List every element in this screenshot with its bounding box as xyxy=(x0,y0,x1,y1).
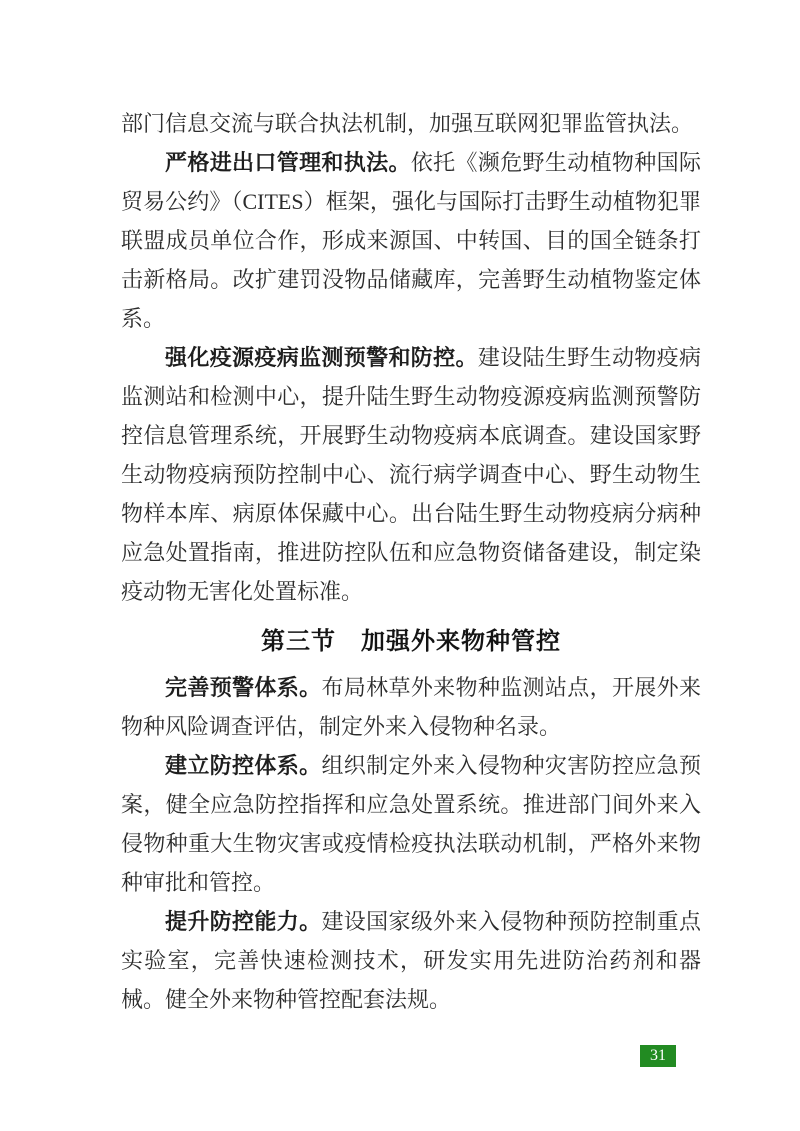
paragraph-lead-text: 建立防控体系。 xyxy=(165,753,321,778)
page-number-badge: 31 xyxy=(640,1045,676,1067)
paragraph-lead-text: 强化疫源疫病监测预警和防控。 xyxy=(165,345,478,370)
body-paragraph: 提升防控能力。建设国家级外来入侵物种预防控制重点实验室，完善快速检测技术，研发实… xyxy=(121,902,701,1019)
body-paragraph: 严格进出口管理和执法。依托《濒危野生动植物种国际贸易公约》（CITES）框架，强… xyxy=(121,143,701,338)
paragraph-text: 依托《濒危野生动植物种国际贸易公约》（CITES）框架，强化与国际打击野生动植物… xyxy=(121,150,701,331)
paragraph-lead-text: 严格进出口管理和执法。 xyxy=(165,150,411,175)
paragraph-text: 部门信息交流与联合执法机制，加强互联网犯罪监管执法。 xyxy=(121,111,693,136)
paragraph-text: 建设陆生野生动物疫病监测站和检测中心，提升陆生野生动物疫源疫病监测预警防控信息管… xyxy=(121,345,701,604)
body-paragraph: 强化疫源疫病监测预警和防控。建设陆生野生动物疫病监测站和检测中心，提升陆生野生动… xyxy=(121,338,701,611)
body-text-block-upper: 部门信息交流与联合执法机制，加强互联网犯罪监管执法。 严格进出口管理和执法。依托… xyxy=(121,104,701,611)
paragraph-lead-text: 完善预警体系。 xyxy=(165,675,321,700)
paragraph-lead-text: 提升防控能力。 xyxy=(165,909,321,934)
body-paragraph: 建立防控体系。组织制定外来入侵物种灾害防控应急预案，健全应急防控指挥和应急处置系… xyxy=(121,746,701,902)
section-heading: 第三节 加强外来物种管控 xyxy=(121,622,701,661)
body-paragraph: 部门信息交流与联合执法机制，加强互联网犯罪监管执法。 xyxy=(121,104,701,143)
body-text-block-lower: 完善预警体系。布局林草外来物种监测站点，开展外来物种风险调查评估，制定外来入侵物… xyxy=(121,668,701,1019)
body-paragraph: 完善预警体系。布局林草外来物种监测站点，开展外来物种风险调查评估，制定外来入侵物… xyxy=(121,668,701,746)
document-page: 部门信息交流与联合执法机制，加强互联网犯罪监管执法。 严格进出口管理和执法。依托… xyxy=(0,0,800,1131)
